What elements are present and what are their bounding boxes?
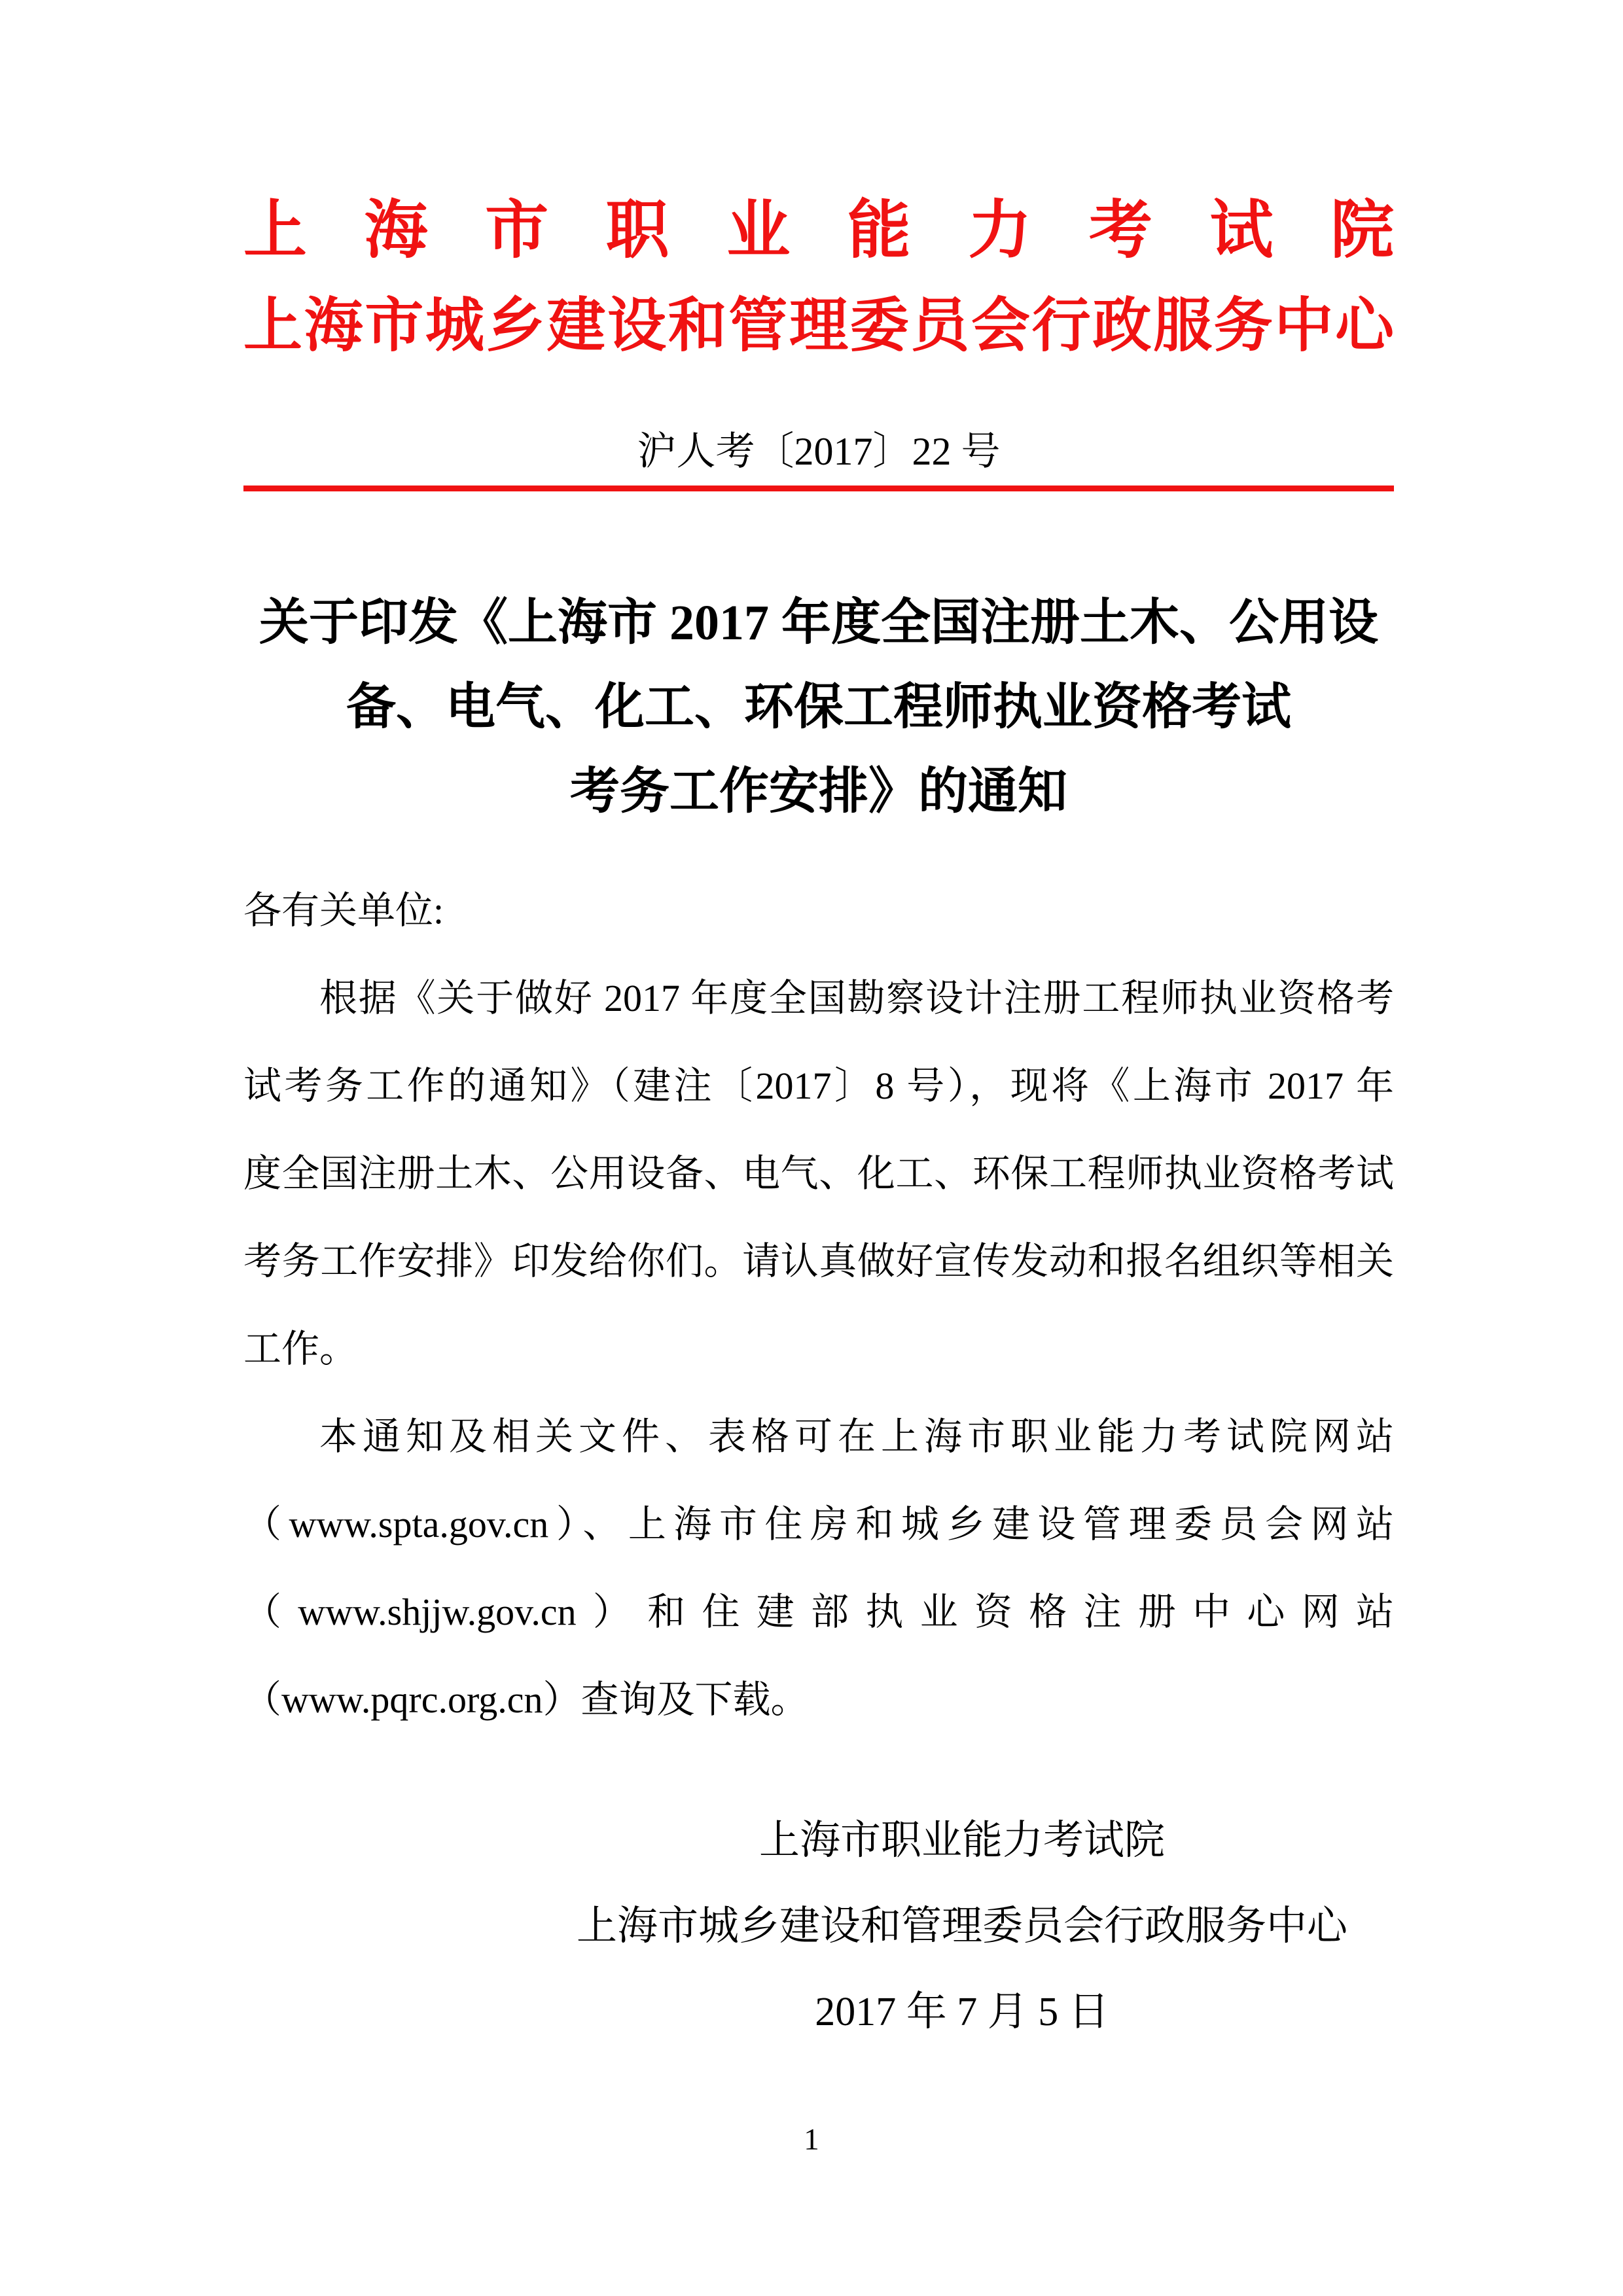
issuing-org-primary: 上海市职业能力考试院 bbox=[243, 182, 1394, 280]
paragraph2-line: （www.pqrc.org.cn）查询及下载。 bbox=[243, 1656, 1394, 1744]
signature-block: 上海市职业能力考试院 上海市城乡建设和管理委员会行政服务中心 2017 年 7 … bbox=[373, 1798, 1551, 2055]
paragraph2-line: （www.shjjw.gov.cn）和住建部执业资格注册中心网站 bbox=[243, 1568, 1394, 1656]
notice-title-line-1: 关于印发《上海市 2017 年度全国注册土木、公用设 bbox=[243, 581, 1394, 665]
page-number: 1 bbox=[0, 2120, 1623, 2159]
signature-date: 2017 年 7 月 5 日 bbox=[373, 1969, 1551, 2055]
signature-org-1: 上海市职业能力考试院 bbox=[373, 1798, 1551, 1884]
paragraph1-line: 试考务工作的通知》（建注〔2017〕8 号），现将《上海市 2017 年 bbox=[243, 1042, 1394, 1130]
document-page: 上海市职业能力考试院 上海市城乡建设和管理委员会行政服务中心 沪人考〔2017〕… bbox=[0, 0, 1623, 2296]
signature-org-2: 上海市城乡建设和管理委员会行政服务中心 bbox=[373, 1884, 1551, 1969]
paragraph2-line: 本通知及相关文件、表格可在上海市职业能力考试院网站 bbox=[243, 1393, 1394, 1481]
document-number: 沪人考〔2017〕22 号 bbox=[243, 422, 1394, 481]
paragraph1-line: 工作。 bbox=[243, 1305, 1394, 1393]
notice-title-line-2: 备、电气、化工、环保工程师执业资格考试 bbox=[243, 665, 1394, 750]
notice-body: 各有关单位: 根据《关于做好 2017 年度全国勘察设计注册工程师执业资格考 试… bbox=[243, 867, 1394, 1744]
paragraph1-line: 度全国注册土木、公用设备、电气、化工、环保工程师执业资格考试 bbox=[243, 1130, 1394, 1218]
salutation: 各有关单位: bbox=[243, 867, 1394, 955]
paragraph1-line: 考务工作安排》印发给你们。请认真做好宣传发动和报名组织等相关 bbox=[243, 1218, 1394, 1305]
paragraph1-line: 根据《关于做好 2017 年度全国勘察设计注册工程师执业资格考 bbox=[243, 955, 1394, 1042]
notice-title: 关于印发《上海市 2017 年度全国注册土木、公用设 备、电气、化工、环保工程师… bbox=[243, 581, 1394, 834]
header-divider-rule bbox=[243, 486, 1394, 491]
notice-title-line-3: 考务工作安排》的通知 bbox=[243, 750, 1394, 834]
paragraph2-line: （www.spta.gov.cn）、上海市住房和城乡建设管理委员会网站 bbox=[243, 1481, 1394, 1568]
issuing-org-secondary: 上海市城乡建设和管理委员会行政服务中心 bbox=[243, 277, 1394, 376]
